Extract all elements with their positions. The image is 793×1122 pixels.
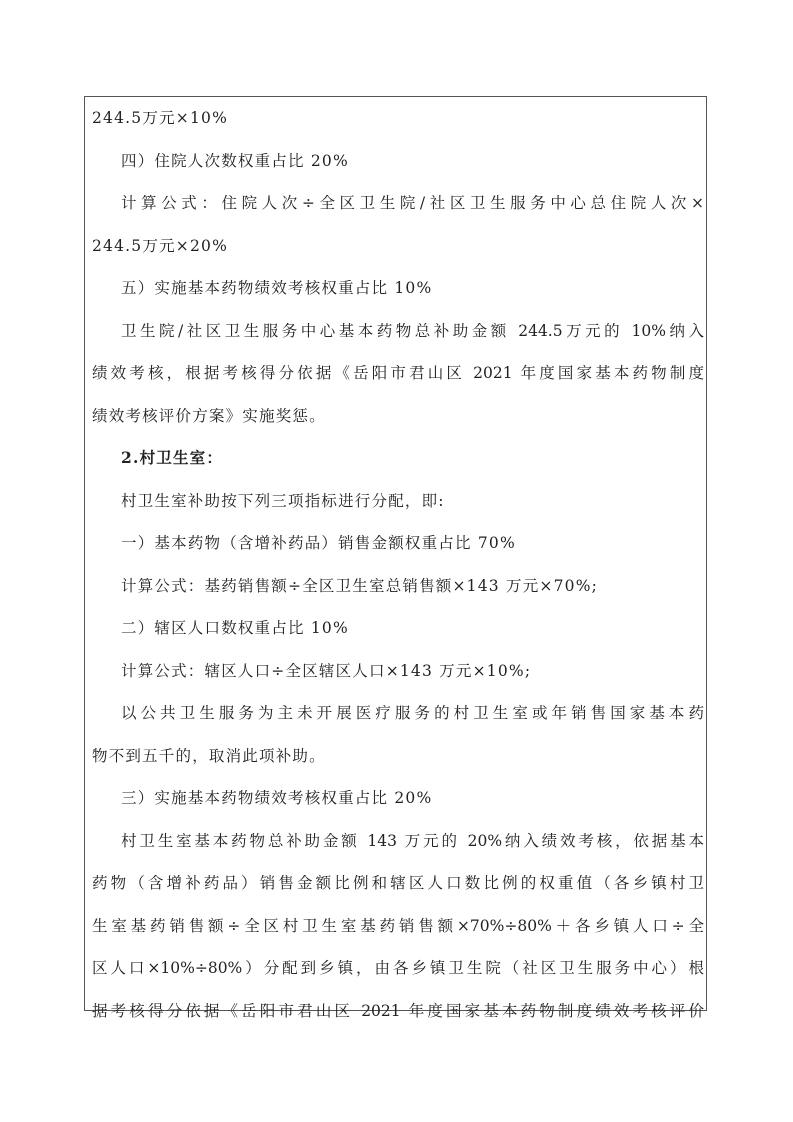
- text-line: 村卫生室补助按下列三项指标进行分配，即:: [121, 491, 445, 511]
- text-line: 据考核得分依据《岳阳市君山区 2021 年度国家基本药物制度绩效考核评价: [92, 1001, 704, 1021]
- text-line: 三）实施基本药物绩效考核权重占比 20%: [121, 788, 432, 808]
- text-line: 以公共卫生服务为主未开展医疗服务的村卫生室或年销售国家基本药: [121, 703, 704, 723]
- text-line: 生室基药销售额÷全区村卫生室基药销售额×70%÷80%＋各乡镇人口÷全: [92, 916, 704, 936]
- text-line: 绩效考核评价方案》实施奖惩。: [92, 406, 326, 426]
- text-line: 一）基本药物（含增补药品）销售金额权重占比 70%: [121, 533, 516, 553]
- text-line: 区人口×10%÷80%）分配到乡镇，由各乡镇卫生院（社区卫生服务中心）根: [92, 958, 704, 978]
- text-line: 计算公式：基药销售额÷全区卫生室总销售额×143 万元×70%;: [121, 576, 598, 596]
- text-line: 五）实施基本药物绩效考核权重占比 10%: [121, 278, 432, 298]
- text-line: 药物（含增补药品）销售金额比例和辖区人口数比例的权重值（各乡镇村卫: [92, 873, 704, 893]
- section-heading: 2.村卫生室：: [121, 448, 223, 468]
- text-line: 244.5万元×10%: [92, 108, 228, 128]
- text-line: 二）辖区人口数权重占比 10%: [121, 618, 349, 638]
- text-line: 物不到五千的，取消此项补助。: [92, 746, 326, 766]
- text-line: 四）住院人次数权重占比 20%: [121, 151, 349, 171]
- text-line: 绩效考核，根据考核得分依据《岳阳市君山区 2021 年度国家基本药物制度: [92, 363, 704, 383]
- text-line: 244.5万元×20%: [92, 236, 228, 256]
- text-line: 卫生院/社区卫生服务中心基本药物总补助金额 244.5万元的 10%纳入: [121, 321, 704, 341]
- text-line: 计算公式：住院人次÷全区卫生院/社区卫生服务中心总住院人次×: [121, 193, 704, 213]
- text-line: 计算公式：辖区人口÷全区辖区人口×143 万元×10%;: [121, 661, 531, 681]
- text-line: 村卫生室基本药物总补助金额 143 万元的 20%纳入绩效考核，依据基本: [121, 831, 704, 851]
